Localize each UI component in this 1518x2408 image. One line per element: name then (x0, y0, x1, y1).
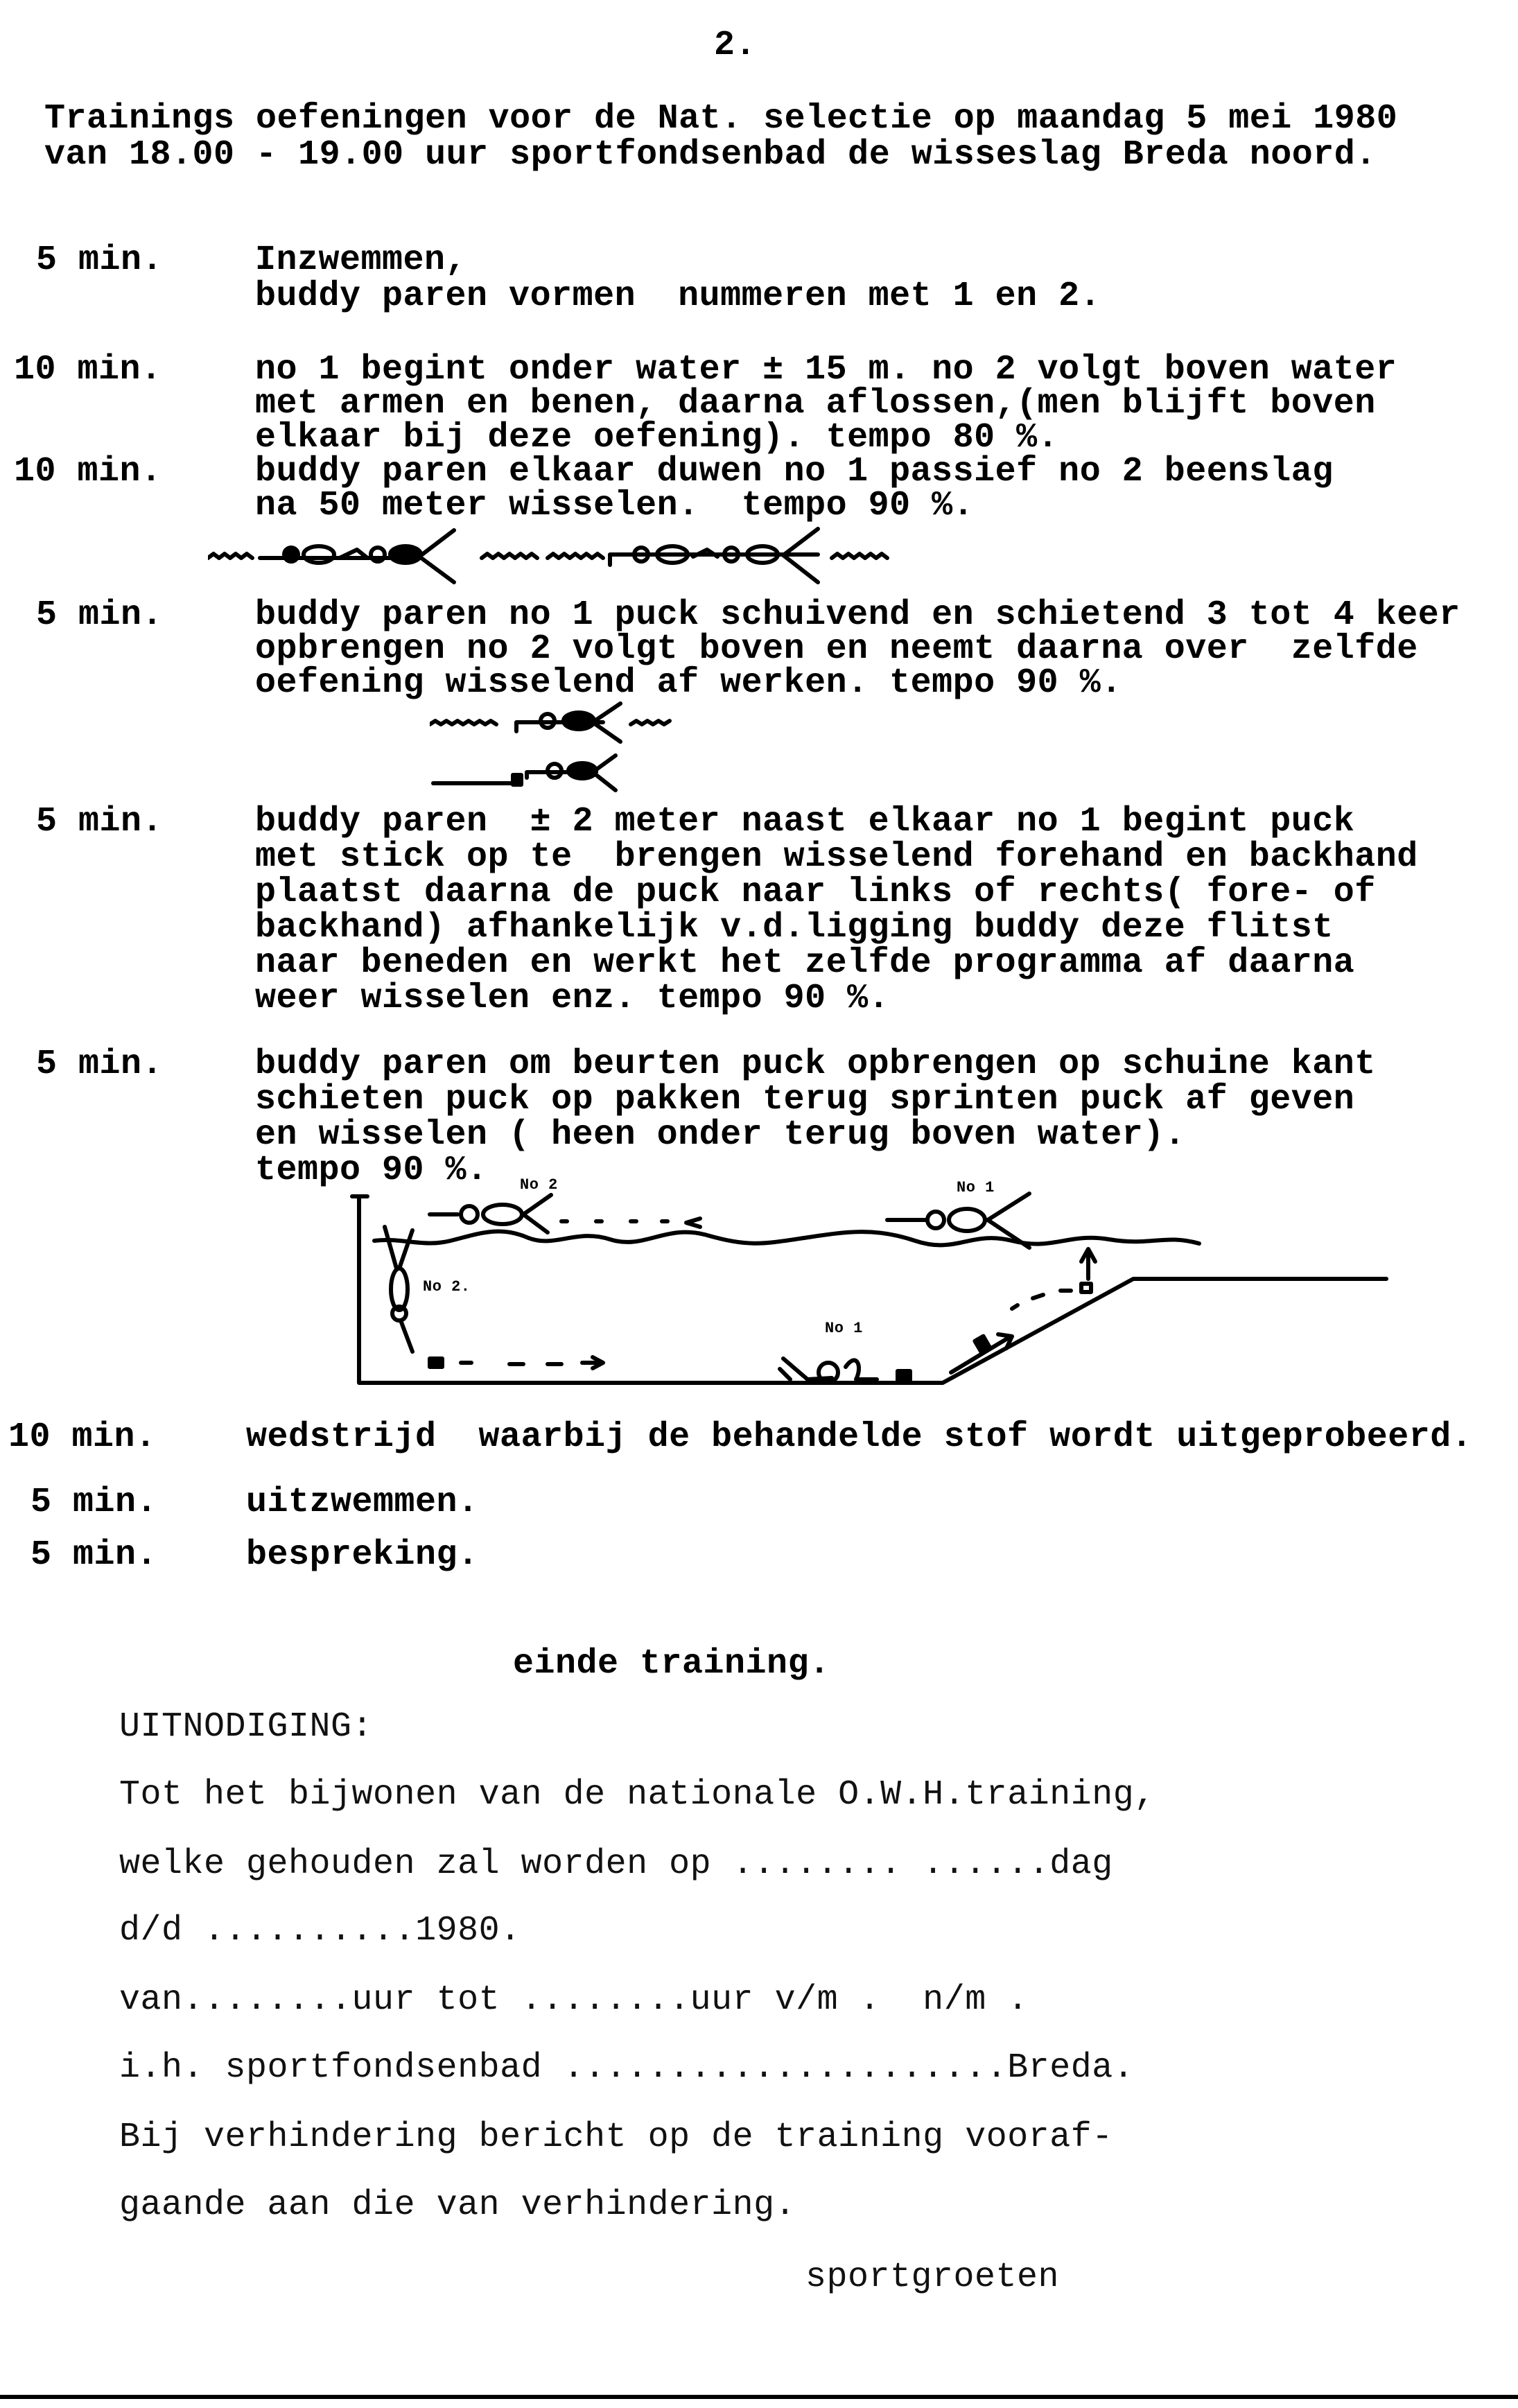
exercise-line: weer wisselen enz. tempo 90 %. (255, 981, 889, 1017)
title-line-1: Trainings oefeningen voor de Nat. select… (44, 101, 1397, 137)
exercise-line: buddy paren vormen nummeren met 1 en 2. (255, 279, 1101, 315)
exercise-duration: 5 min. (30, 1537, 157, 1573)
exercise-line: en wisselen ( heen onder terug boven wat… (255, 1117, 1185, 1153)
exercise-line: met stick op te brengen wisselend foreha… (255, 839, 1418, 875)
exercise-line: naar beneden en werkt het zelfde program… (255, 945, 1354, 981)
exercise-line: bespreking. (246, 1537, 479, 1573)
exercise-line: na 50 meter wisselen. tempo 90 %. (255, 488, 974, 524)
exercise-duration: 10 min. (14, 352, 162, 388)
exercise-duration: 10 min. (14, 454, 162, 490)
page-number: 2. (714, 28, 756, 64)
exercise-line: uitzwemmen. (246, 1485, 479, 1521)
diagram-label-surface-left: No 2 (520, 1177, 558, 1194)
exercise-line: buddy paren ± 2 meter naast elkaar no 1 … (255, 804, 1354, 840)
exercise-line: met armen en benen, daarna aflossen,(men… (255, 386, 1376, 422)
exercise-line: buddy paren elkaar duwen no 1 passief no… (255, 454, 1334, 490)
exercise-duration: 5 min. (36, 243, 163, 279)
exercise-duration: 5 min. (30, 1485, 157, 1521)
title-line-2: van 18.00 - 19.00 uur sportfondsenbad de… (44, 137, 1377, 173)
invitation-signoff: sportgroeten (805, 2260, 1059, 2296)
exercise-line: plaatst daarna de puck naar links of rec… (255, 875, 1376, 911)
pool-diagram: No 2 No 1 No 2. No 1 (347, 1171, 1400, 1393)
exercise-line: oefening wisselend af werken. tempo 90 %… (255, 665, 1122, 701)
invitation-line: i.h. sportfondsenbad ...................… (119, 2050, 1134, 2086)
exercise-line: no 1 begint onder water ± 15 m. no 2 vol… (255, 352, 1397, 388)
diagram-label-surface-right: No 1 (957, 1180, 995, 1196)
exercise-duration: 5 min. (36, 1047, 163, 1083)
buddy-push-sketch (208, 523, 1421, 586)
invitation-line: gaande aan die van verhindering. (119, 2188, 796, 2224)
exercise-line: backhand) afhankelijk v.d.ligging buddy … (255, 910, 1334, 946)
exercise-line: Inzwemmen, (255, 243, 466, 279)
exercise-line: elkaar bij deze oefening). tempo 80 %. (255, 420, 1058, 456)
closing-text: einde training. (513, 1646, 830, 1682)
invitation-line: van........uur tot ........uur v/m . n/m… (119, 1982, 1029, 2018)
invitation-line: welke gehouden zal worden op ........ ..… (119, 1847, 1113, 1883)
exercise-line: opbrengen no 2 volgt boven en neemt daar… (255, 631, 1418, 668)
exercise-duration: 5 min. (36, 804, 163, 840)
bottom-rule (0, 2395, 1518, 2399)
diagram-label-wall: No 2. (423, 1279, 471, 1295)
diagram-label-bottom: No 1 (825, 1320, 863, 1337)
exercise-duration: 10 min. (8, 1420, 157, 1456)
exercise-line: wedstrijd waarbij de behandelde stof wor… (246, 1420, 1472, 1456)
invitation-line: Tot het bijwonen van de nationale O.W.H.… (119, 1777, 1155, 1813)
exercise-line: schieten puck op pakken terug sprinten p… (255, 1082, 1354, 1118)
exercise-duration: 5 min. (36, 597, 163, 634)
exercise-line: buddy paren om beurten puck opbrengen op… (255, 1047, 1376, 1083)
puck-push-sketch (430, 700, 984, 797)
invitation-line: Bij verhindering bericht op de training … (119, 2120, 1113, 2156)
invitation-heading: UITNODIGING: (119, 1709, 373, 1745)
invitation-line: d/d ..........1980. (119, 1913, 521, 1949)
exercise-line: buddy paren no 1 puck schuivend en schie… (255, 597, 1460, 634)
